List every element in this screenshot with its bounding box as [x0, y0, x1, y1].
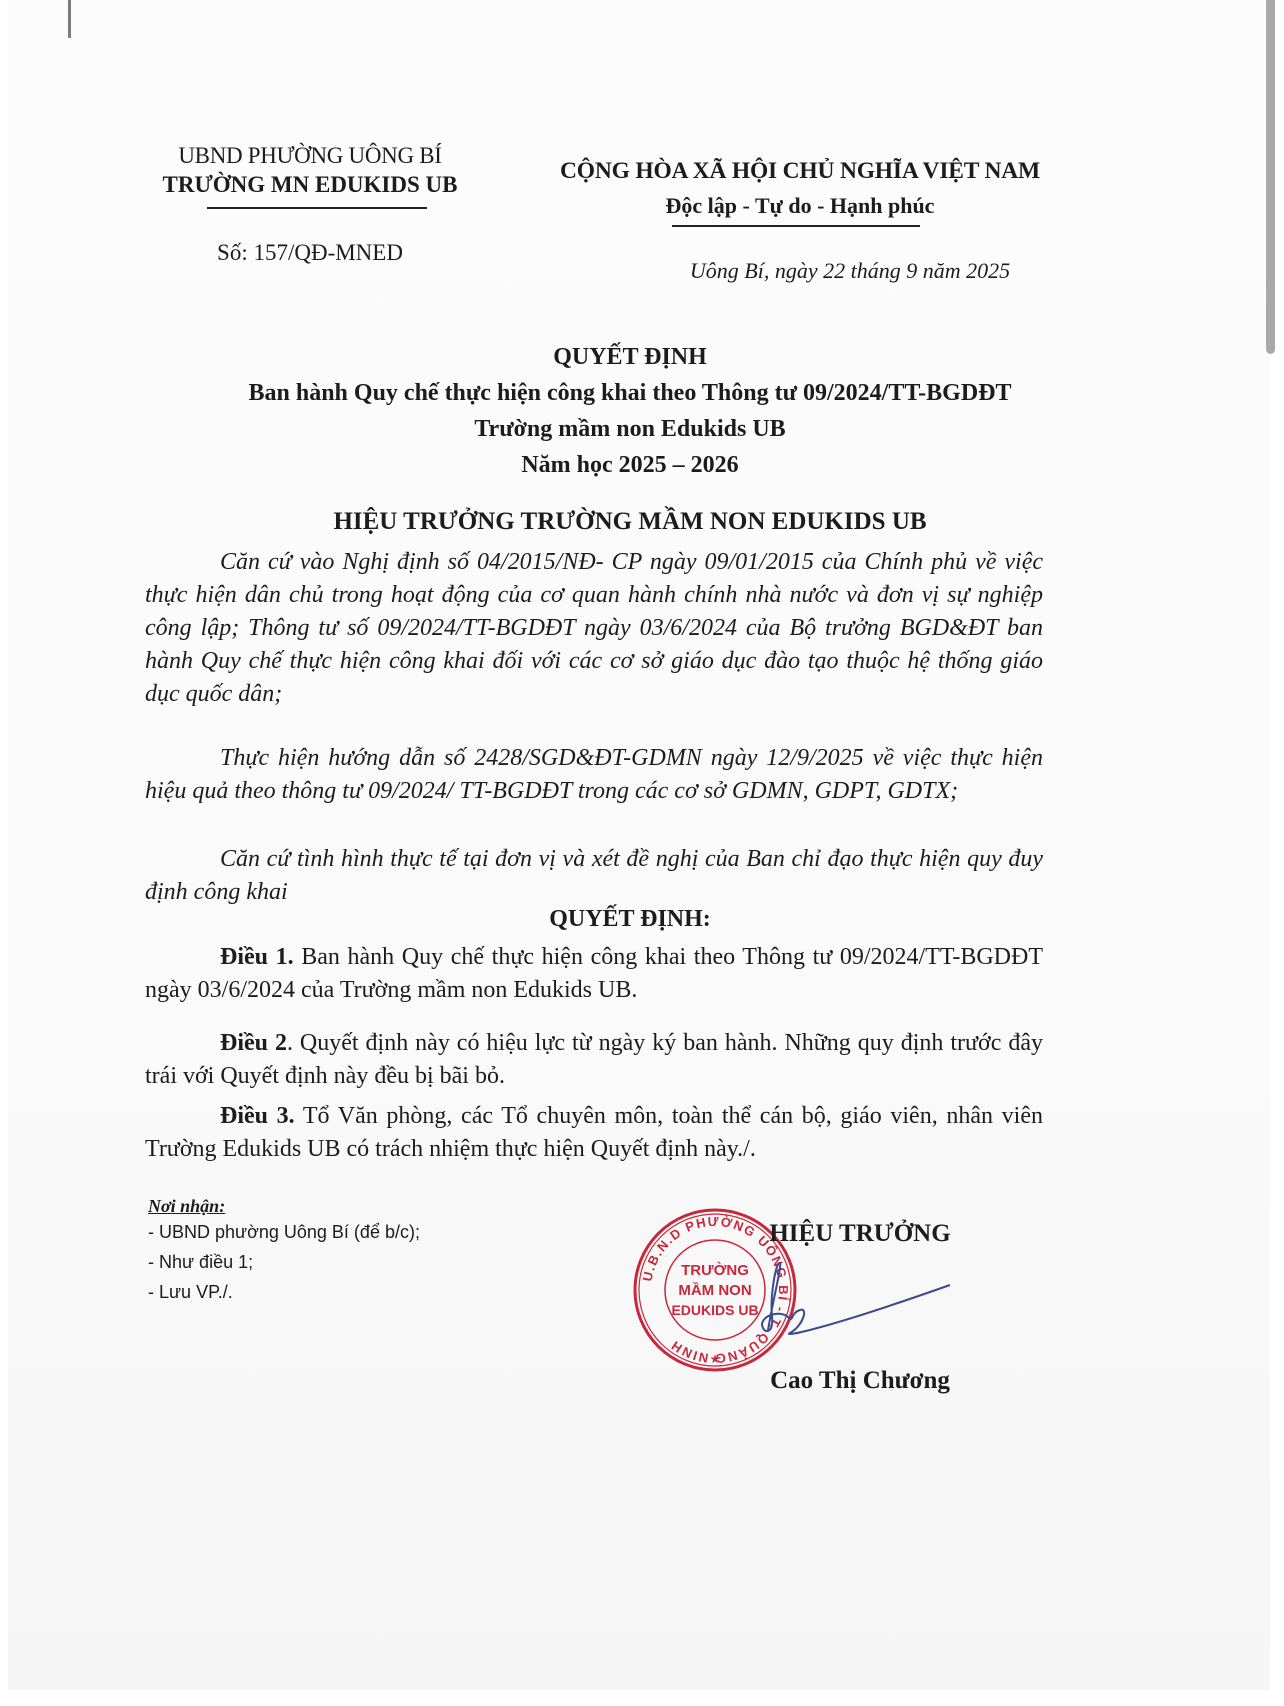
svg-text:★: ★ [710, 1352, 721, 1366]
org-underline [207, 207, 427, 209]
article-2: Điều 2. Quyết định này có hiệu lực từ ng… [145, 1027, 1043, 1093]
signer-title: HIỆU TRƯỞNG [700, 1220, 1020, 1248]
org-name: TRƯỜNG MN EDUKIDS UB [150, 172, 470, 198]
doc-subtitle-school: Trường mầm non Edukids UB [150, 416, 1110, 443]
org-parent: UBND PHƯỜNG UÔNG BÍ [150, 143, 470, 169]
article-label: Điều 2 [220, 1030, 287, 1056]
decision-heading: QUYẾT ĐỊNH: [150, 906, 1110, 933]
page-edge-mark [68, 0, 71, 38]
recipient-item: - UBND phường Uông Bí (để b/c); [148, 1222, 420, 1243]
doc-subtitle-year: Năm học 2025 – 2026 [150, 452, 1110, 479]
signer-name: Cao Thị Chương [700, 1367, 1020, 1395]
motto-underline [672, 225, 920, 227]
recipient-item: - Như điều 1; [148, 1252, 253, 1273]
article-3: Điều 3. Tổ Văn phòng, các Tổ chuyên môn,… [145, 1100, 1043, 1166]
handwritten-signature-icon [760, 1255, 960, 1355]
legal-basis-paragraph: Thực hiện hướng dẫn số 2428/SGD&ĐT-GDMN … [145, 742, 1043, 808]
svg-text:MẦM NON: MẦM NON [678, 1282, 751, 1299]
motto: Độc lập - Tự do - Hạnh phúc [540, 193, 1060, 219]
legal-basis-paragraph: Căn cứ tình hình thực tế tại đơn vị và x… [145, 843, 1043, 909]
nation-title: CỘNG HÒA XÃ HỘI CHỦ NGHĨA VIỆT NAM [540, 158, 1060, 185]
article-label: Điều 3. [220, 1103, 295, 1129]
date-place: Uông Bí, ngày 22 tháng 9 năm 2025 [640, 258, 1060, 284]
svg-text:TRƯỜNG: TRƯỜNG [681, 1261, 749, 1279]
scrollbar[interactable] [1266, 0, 1275, 354]
recipient-item: - Lưu VP./. [148, 1282, 233, 1303]
article-1: Điều 1. Ban hành Quy chế thực hiện công … [145, 941, 1043, 1007]
recipients-heading: Nơi nhận: [148, 1196, 225, 1217]
legal-basis-paragraph: Căn cứ vào Nghị định số 04/2015/NĐ- CP n… [145, 546, 1043, 711]
issuing-authority: HIỆU TRƯỞNG TRƯỜNG MẦM NON EDUKIDS UB [150, 508, 1110, 536]
svg-text:EDUKIDS UB: EDUKIDS UB [671, 1302, 758, 1318]
doc-subtitle: Ban hành Quy chế thực hiện công khai the… [150, 380, 1110, 407]
doc-number: Số: 157/QĐ-MNED [150, 240, 470, 266]
doc-title: QUYẾT ĐỊNH [150, 344, 1110, 371]
article-label: Điều 1. [220, 944, 294, 970]
